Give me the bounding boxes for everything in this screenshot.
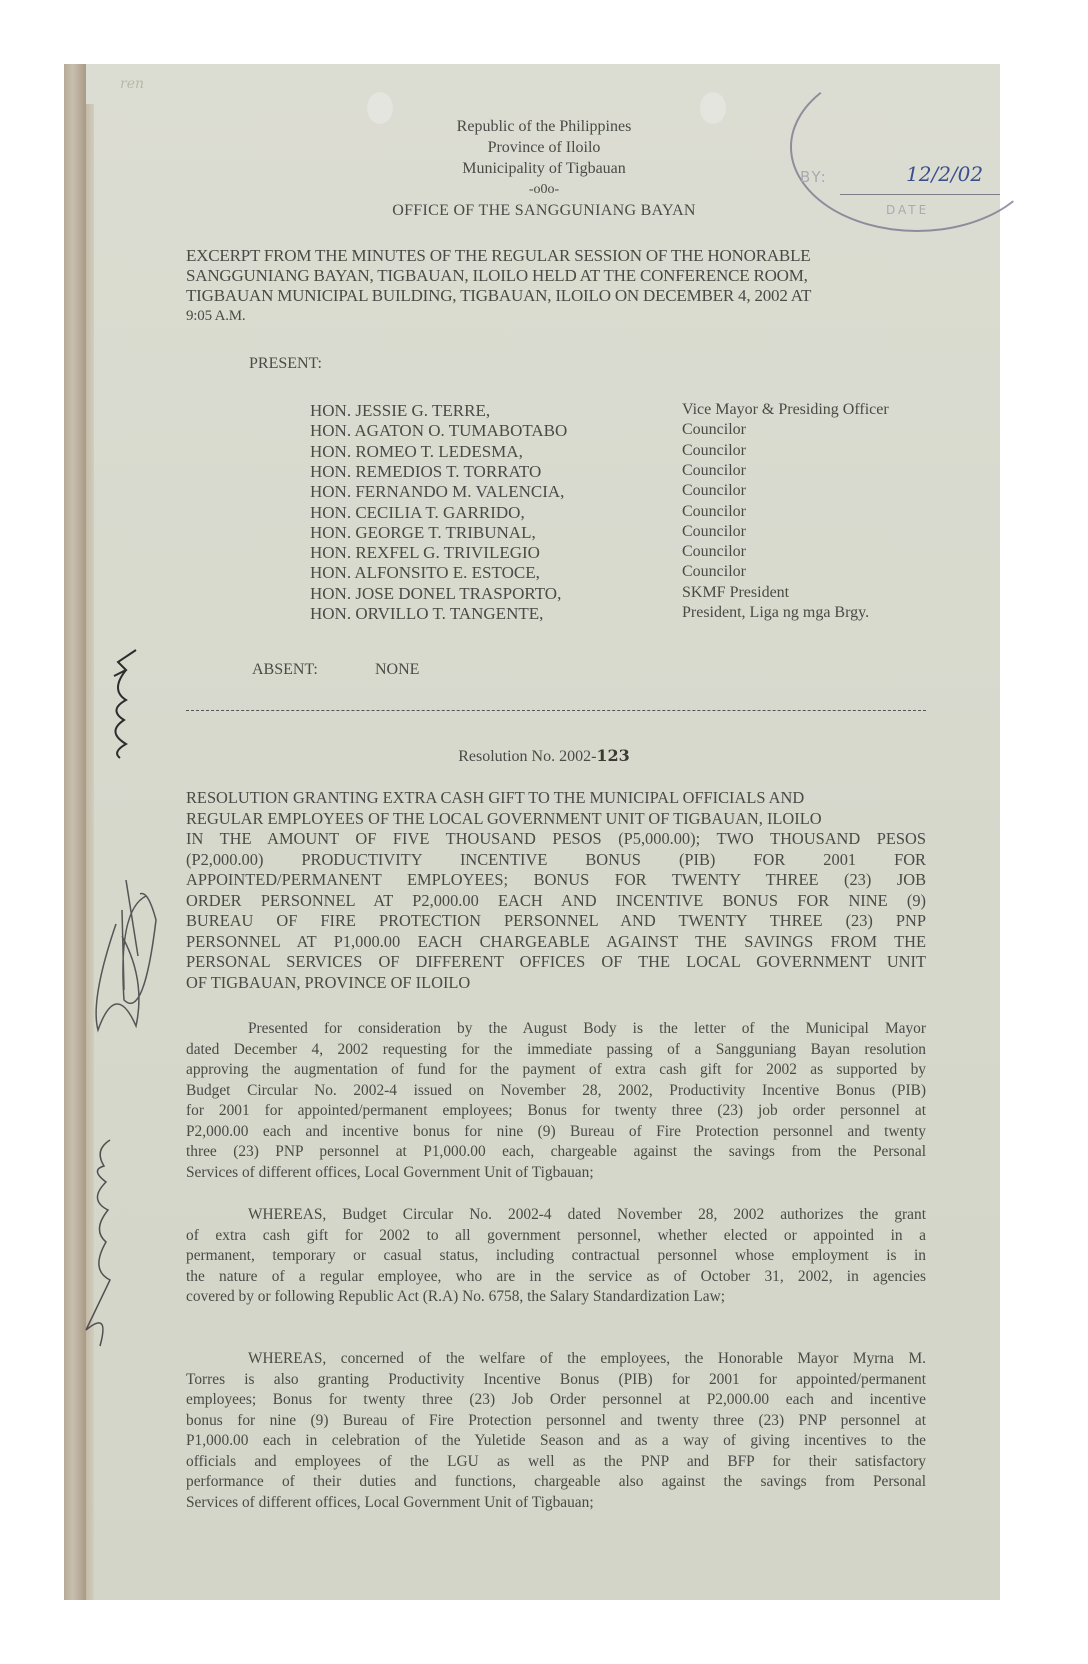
paragraph-line: officials and employees of the LGU as we…	[186, 1452, 926, 1473]
attendee-name: HON. FERNANDO M. VALENCIA,	[310, 482, 564, 502]
resolution-title-line: APPOINTED/PERMANENT EMPLOYEES; BONUS FOR…	[186, 870, 926, 891]
binding-shadow	[86, 104, 94, 1600]
attendee-name: HON. REXFEL G. TRIVILEGIO	[310, 543, 540, 563]
paragraph-line: P1,000.00 each in celebration of the Yul…	[186, 1431, 926, 1452]
attendee-role: Councilor	[682, 482, 746, 500]
excerpt-line: TIGBAUAN MUNICIPAL BUILDING, TIGBAUAN, I…	[186, 286, 936, 306]
stamp-signature-line	[840, 194, 1000, 195]
attendee-name: HON. JOSE DONEL TRASPORTO,	[310, 584, 561, 604]
present-label: PRESENT:	[249, 355, 322, 373]
margin-signature-vertical	[80, 1130, 130, 1350]
excerpt-line: SANGGUNIANG BAYAN, TIGBAUAN, ILOILO HELD…	[186, 266, 936, 286]
attendee-role: Councilor	[682, 523, 746, 541]
attendee-role: Councilor	[682, 421, 746, 439]
resolution-number: Resolution No. 2002-123	[0, 746, 1088, 766]
attendee-name: HON. ORVILLO T. TANGENTE,	[310, 604, 543, 624]
resolution-title-line: BUREAU OF FIRE PROTECTION PERSONNEL AND …	[186, 911, 926, 932]
paragraph-presented: Presented for consideration by the Augus…	[186, 1019, 926, 1183]
paragraph-line: P2,000.00 each and incentive bonus for n…	[186, 1122, 926, 1143]
attendee-role: President, Liga ng mga Brgy.	[682, 604, 869, 622]
attendee-role: SKMF President	[682, 584, 789, 602]
minutes-excerpt: EXCERPT FROM THE MINUTES OF THE REGULAR …	[186, 246, 936, 326]
attendee-name: HON. ROMEO T. LEDESMA,	[310, 442, 523, 462]
binding-edge	[64, 64, 86, 1600]
resolution-title-line: REGULAR EMPLOYEES OF THE LOCAL GOVERNMEN…	[186, 809, 926, 830]
faint-margin-note: ren	[120, 76, 144, 92]
attendee-role: Councilor	[682, 543, 746, 561]
paragraph-line: the nature of a regular employee, who ar…	[186, 1267, 926, 1288]
paragraph-line: performance of their duties and function…	[186, 1472, 926, 1493]
paragraph-whereas-2: WHEREAS, concerned of the welfare of the…	[186, 1349, 926, 1513]
paragraph-line: three (23) PNP personnel at P1,000.00 ea…	[186, 1142, 926, 1163]
stamp-handwritten-date: 12/2/02	[906, 162, 983, 186]
paragraph-line: bonus for nine (9) Bureau of Fire Protec…	[186, 1411, 926, 1432]
margin-signature-initials	[96, 640, 156, 760]
attendee-role: Councilor	[682, 563, 746, 581]
absent-label: ABSENT:	[252, 661, 318, 679]
attendee-name: HON. CECILIA T. GARRIDO,	[310, 503, 525, 523]
resolution-title-line: PERSONNEL AT P1,000.00 EACH CHARGEABLE A…	[186, 932, 926, 953]
resolution-number-handwritten: 123	[596, 746, 629, 765]
resolution-title-line: ORDER PERSONNEL AT P2,000.00 EACH AND IN…	[186, 891, 926, 912]
paragraph-line: Presented for consideration by the Augus…	[186, 1019, 926, 1040]
resolution-title-line: PERSONAL SERVICES OF DIFFERENT OFFICES O…	[186, 952, 926, 973]
paragraph-line: WHEREAS, concerned of the welfare of the…	[186, 1349, 926, 1370]
resolution-number-prefix: Resolution No. 2002-	[458, 748, 596, 765]
resolution-title-line: IN THE AMOUNT OF FIVE THOUSAND PESOS (P5…	[186, 829, 926, 850]
stamp-date-label: DATE	[886, 203, 929, 217]
attendee-name: HON. REMEDIOS T. TORRATO	[310, 462, 541, 482]
paragraph-line: Services of different offices, Local Gov…	[186, 1163, 926, 1184]
paragraph-line: dated December 4, 2002 requesting for th…	[186, 1040, 926, 1061]
paragraph-line: permanent, temporary or casual status, i…	[186, 1246, 926, 1267]
attendee-name: HON. ALFONSITO E. ESTOCE,	[310, 563, 540, 583]
margin-signature-loops	[86, 880, 166, 1060]
resolution-title-line: OF TIGBAUAN, PROVINCE OF ILOILO	[186, 973, 926, 994]
paragraph-line: Budget Circular No. 2002-4 issued on Nov…	[186, 1081, 926, 1102]
attendee-name: HON. JESSIE G. TERRE,	[310, 401, 490, 421]
resolution-title-line: RESOLUTION GRANTING EXTRA CASH GIFT TO T…	[186, 788, 926, 809]
attendee-role: Councilor	[682, 503, 746, 521]
resolution-title: RESOLUTION GRANTING EXTRA CASH GIFT TO T…	[186, 788, 926, 993]
attendee-role: Councilor	[682, 462, 746, 480]
paragraph-line: Torres is also granting Productivity Inc…	[186, 1370, 926, 1391]
paragraph-line: employees; Bonus for twenty three (23) J…	[186, 1390, 926, 1411]
excerpt-line: 9:05 A.M.	[186, 306, 936, 326]
stamp-by-label: BY:	[800, 168, 828, 186]
resolution-title-line: (P2,000.00) PRODUCTIVITY INCENTIVE BONUS…	[186, 850, 926, 871]
paragraph-line: Services of different offices, Local Gov…	[186, 1493, 926, 1514]
attendee-name: HON. AGATON O. TUMABOTABO	[310, 421, 567, 441]
paragraph-line: WHEREAS, Budget Circular No. 2002-4 date…	[186, 1205, 926, 1226]
attendee-role: Councilor	[682, 442, 746, 460]
excerpt-line: EXCERPT FROM THE MINUTES OF THE REGULAR …	[186, 246, 936, 266]
paragraph-line: of extra cash gift for 2002 to all gover…	[186, 1226, 926, 1247]
paragraph-whereas-1: WHEREAS, Budget Circular No. 2002-4 date…	[186, 1205, 926, 1308]
paragraph-line: covered by or following Republic Act (R.…	[186, 1287, 926, 1308]
paragraph-line: approving the augmentation of fund for t…	[186, 1060, 926, 1081]
absent-value: NONE	[375, 661, 419, 679]
section-divider	[186, 710, 926, 711]
paragraph-line: for 2001 for appointed/permanent employe…	[186, 1101, 926, 1122]
attendee-role: Vice Mayor & Presiding Officer	[682, 401, 889, 419]
attendee-name: HON. GEORGE T. TRIBUNAL,	[310, 523, 536, 543]
